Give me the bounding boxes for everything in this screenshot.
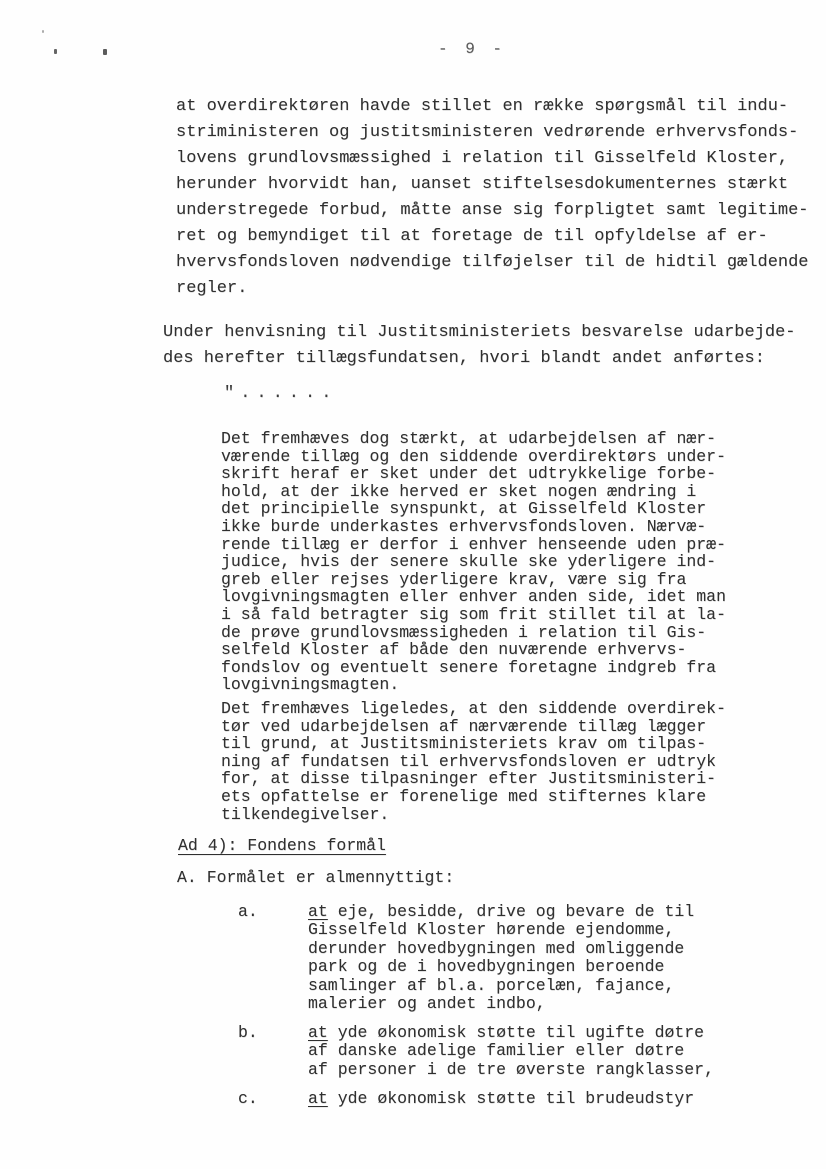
item-body: at eje, besidde, drive og bevare de til …: [308, 903, 738, 1013]
item-keyword: at: [308, 902, 328, 921]
scan-artifact: [54, 49, 57, 54]
scan-artifact: [42, 30, 44, 33]
item-text: yde økonomisk støtte til brudeudstyr: [328, 1089, 694, 1108]
body-paragraph-2: Under henvisning til Justitsministeriets…: [163, 320, 823, 372]
item-marker: a.: [238, 903, 258, 921]
section-heading: Ad 4): Fondens formål: [178, 836, 386, 855]
item-keyword: at: [308, 1089, 328, 1108]
scan-artifact: [103, 49, 107, 55]
item-keyword: at: [308, 1023, 328, 1042]
item-body: at yde økonomisk støtte til ugifte døtre…: [308, 1024, 738, 1079]
item-body: at yde økonomisk støtte til brudeudstyr: [308, 1090, 738, 1108]
quote-opening-mark: "......: [224, 384, 337, 403]
section-intro: A. Formålet er almennyttigt:: [177, 868, 454, 887]
page-number: - 9 -: [438, 40, 506, 58]
body-paragraph-1: at overdirektøren havde stillet en række…: [176, 94, 821, 302]
item-text: eje, besidde, drive og bevare de til Gis…: [308, 902, 694, 1013]
item-text: yde økonomisk støtte til ugifte døtre af…: [308, 1023, 714, 1079]
document-page: - 9 - at overdirektøren havde stillet en…: [0, 0, 826, 1169]
quoted-paragraph-1: Det fremhæves dog stærkt, at udarbejdels…: [221, 430, 781, 694]
item-marker: c.: [238, 1090, 258, 1108]
item-marker: b.: [238, 1024, 258, 1042]
quoted-paragraph-2: Det fremhæves ligeledes, at den siddende…: [221, 700, 781, 823]
